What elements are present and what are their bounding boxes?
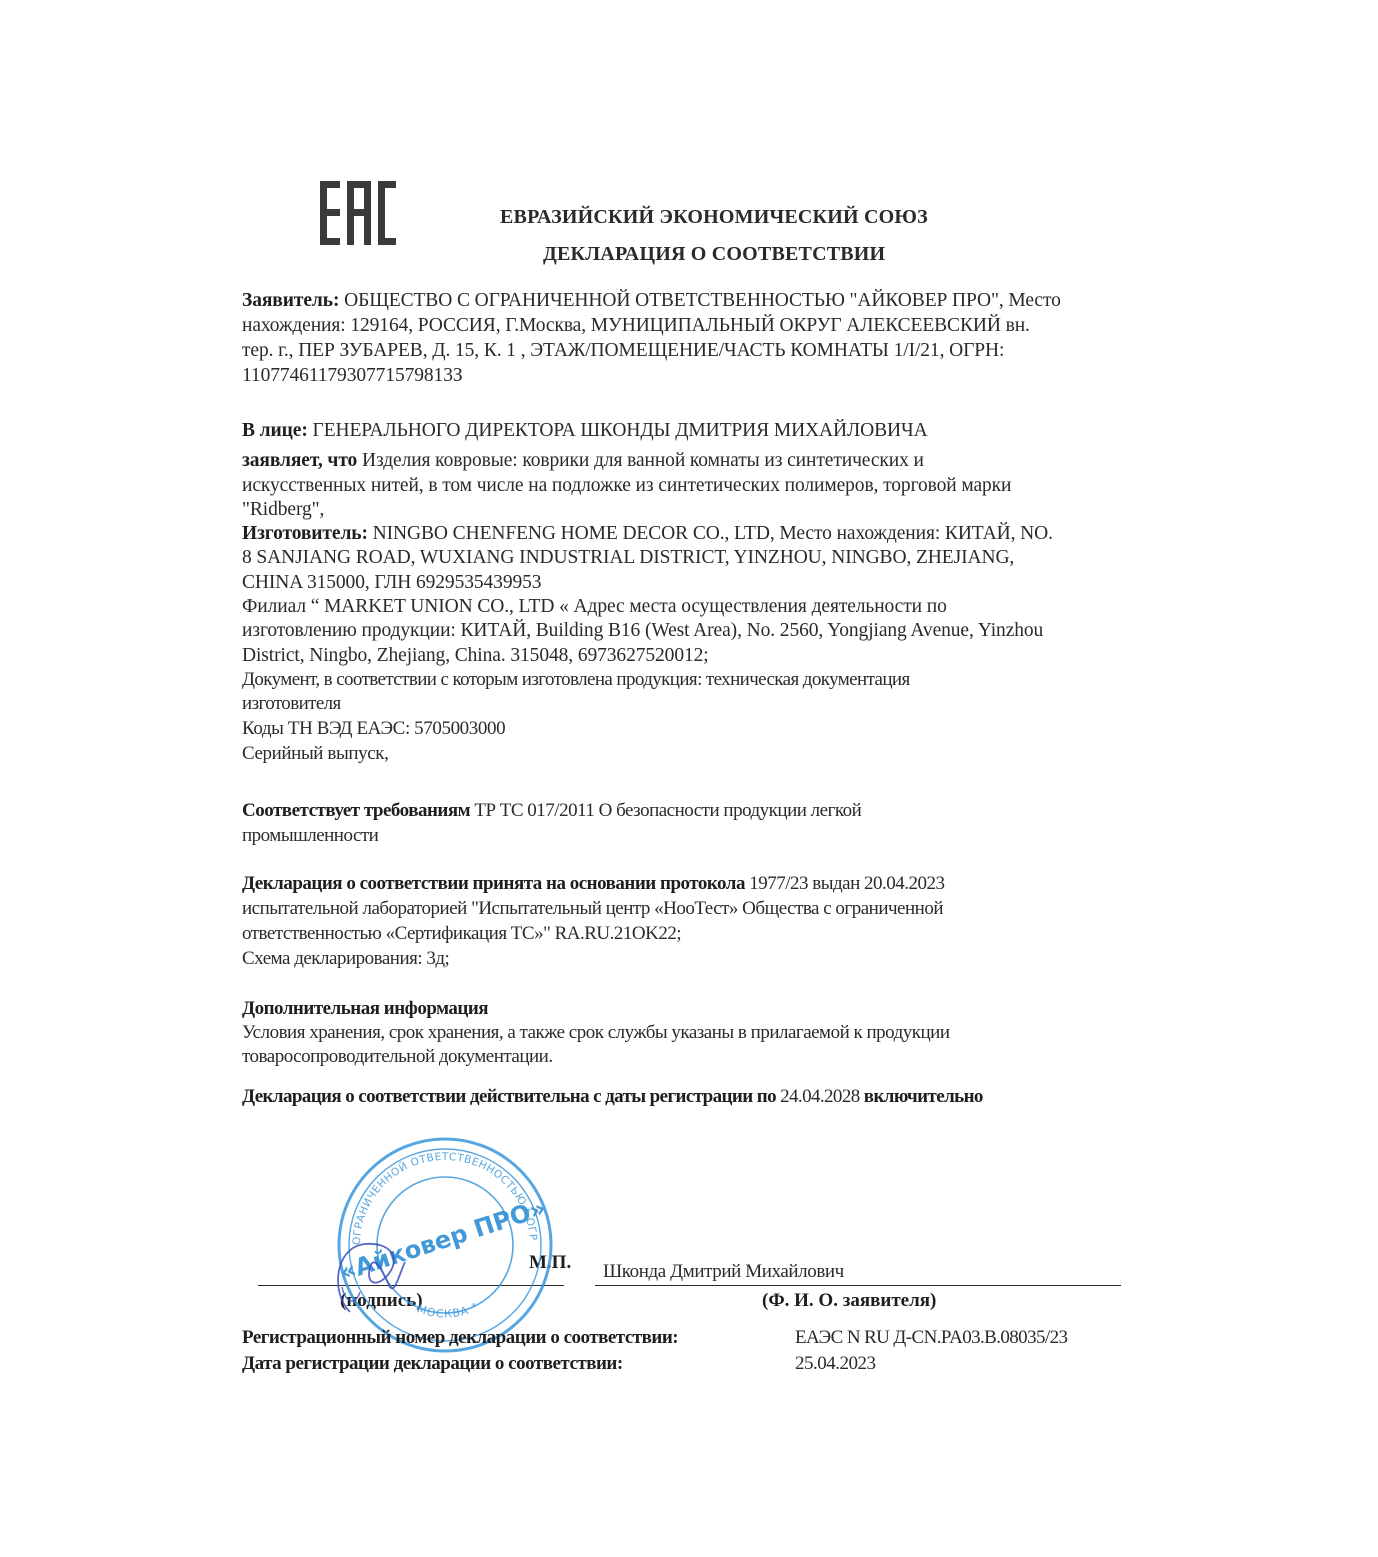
registration-date: 25.04.2023 <box>795 1352 876 1376</box>
applicant-name-caption: (Ф. И. О. заявителя) <box>762 1290 936 1312</box>
applicant-name-line <box>595 1285 1121 1286</box>
serial-production: Серийный выпуск, <box>242 742 388 766</box>
registration-number-label: Регистрационный номер декларации о соотв… <box>242 1326 678 1350</box>
declares-label: заявляет, что <box>242 450 357 471</box>
requirements-label: Соответствует требованиям <box>242 800 470 821</box>
manufacturer-line-3: CHINA 315000, ГЛН 6929535439953 <box>242 571 541 595</box>
declares-line-2: искусственных нитей, в том числе на подл… <box>242 474 1011 498</box>
additional-info-heading: Дополнительная информация <box>242 997 488 1021</box>
declares-line-1: заявляет, что Изделия ковровые: коврики … <box>242 449 924 473</box>
document-line-2: изготовителя <box>242 692 341 716</box>
basis-line-3: ответственностью «Сертификация ТС»" RA.R… <box>242 922 681 946</box>
union-title: ЕВРАЗИЙСКИЙ ЭКОНОМИЧЕСКИЙ СОЮЗ <box>500 206 928 229</box>
declares-line-3: "Ridberg", <box>242 498 324 522</box>
branch-line-3: District, Ningbo, Zhejiang, China. 31504… <box>242 644 709 668</box>
basis-line-1: Декларация о соответствии принята на осн… <box>242 872 945 896</box>
requirements-line-2: промышленности <box>242 824 378 848</box>
validity-date: 24.04.2028 <box>780 1086 860 1107</box>
representative: В лице: ГЕНЕРАЛЬНОГО ДИРЕКТОРА ШКОНДЫ ДМ… <box>242 419 928 443</box>
validity-statement: Декларация о соответствии действительна … <box>242 1085 983 1109</box>
registration-number: ЕАЭС N RU Д-CN.PA03.B.08035/23 <box>795 1326 1067 1350</box>
document-line-1: Документ, в соответствии с которым изгот… <box>242 668 910 692</box>
branch-line-2: изготовлению продукции: КИТАЙ, Building … <box>242 619 1043 643</box>
additional-info-line-1: Условия хранения, срок хранения, а также… <box>242 1021 950 1045</box>
manufacturer-label: Изготовитель: <box>242 523 368 544</box>
applicant-line-2: нахождения: 129164, РОССИЯ, Г.Москва, МУ… <box>242 314 1030 338</box>
registration-date-label: Дата регистрации декларации о соответств… <box>242 1352 623 1376</box>
manufacturer-line-2: 8 SANJIANG ROAD, WUXIANG INDUSTRIAL DIST… <box>242 546 1014 570</box>
applicant-name: Шконда Дмитрий Михайлович <box>603 1261 844 1283</box>
representative-label: В лице: <box>242 420 308 441</box>
tnved-code: Коды ТН ВЭД ЕАЭС: 5705003000 <box>242 717 505 741</box>
branch-line-1: Филиал “ MARKET UNION CO., LTD « Адрес м… <box>242 595 947 619</box>
applicant-ogrn: 1107746117930771579813З <box>242 364 463 388</box>
requirements-line-1: Соответствует требованиям ТР ТС 017/2011… <box>242 799 861 823</box>
applicant-label: Заявитель: <box>242 290 339 311</box>
basis-label: Декларация о соответствии принята на осн… <box>242 873 745 894</box>
declaration-scheme: Схема декларирования: 3д; <box>242 947 449 971</box>
applicant-line-1: Заявитель: ОБЩЕСТВО С ОГРАНИЧЕННОЙ ОТВЕТ… <box>242 289 1061 313</box>
applicant-line-3: тер. г., ПЕР ЗУБАРЕВ, Д. 15, К. 1 , ЭТАЖ… <box>242 339 1004 363</box>
manufacturer-line-1: Изготовитель: NINGBO CHENFENG HOME DECOR… <box>242 522 1053 546</box>
additional-info-line-2: товаросопроводительной документации. <box>242 1045 553 1069</box>
handwritten-signature-icon <box>330 1232 420 1322</box>
document-title: ДЕКЛАРАЦИЯ О СООТВЕТСТВИИ <box>543 243 885 266</box>
basis-line-2: испытательной лабораторией "Испытательны… <box>242 897 943 921</box>
eac-logo-icon <box>320 181 396 245</box>
